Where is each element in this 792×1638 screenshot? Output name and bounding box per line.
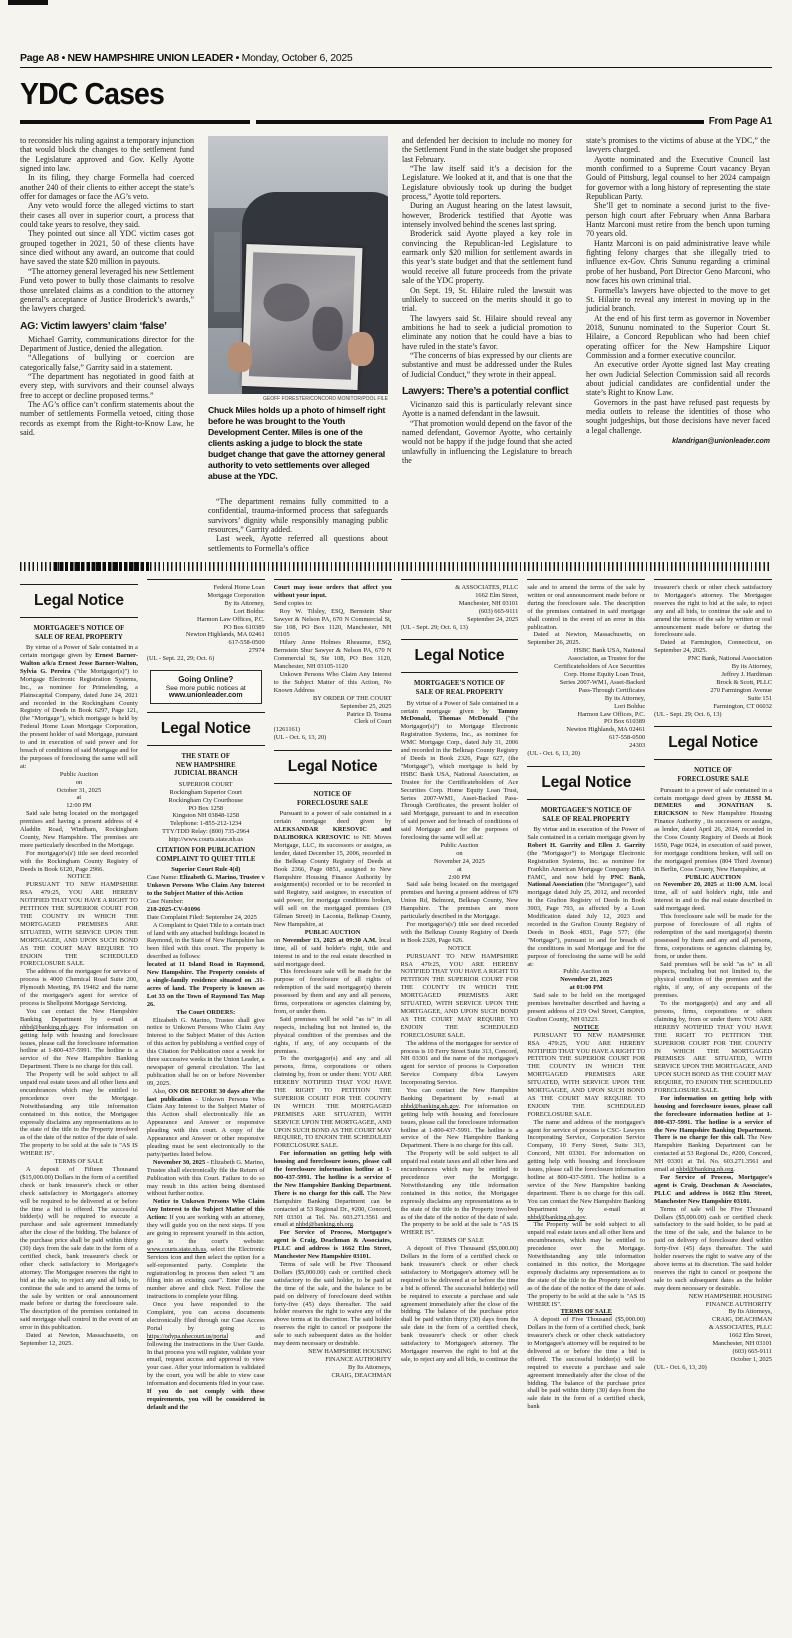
right-aligned-line: Association, as Trustee for the [527,655,645,663]
paragraph: Case Name: Elizabeth G. Marino, Trustee … [147,874,265,898]
page-title: YDC Cases [20,76,712,112]
paragraph: sale and to amend the terms of the sale … [527,584,645,631]
paragraph: located at 11 Island Road in Raymond, Ne… [147,961,265,1008]
right-aligned-line: Newton Highlands, MA 02461 [527,726,645,734]
paragraph: Court may issue orders that affect you w… [274,584,392,600]
paragraph: For information on getting help with hou… [654,1095,772,1174]
right-aligned-line: (603) 665-9111 [654,1348,772,1356]
centered-line: TERMS OF SALE [401,1237,519,1245]
legal-notice-title: CITATION FOR PUBLICATIONCOMPLAINT TO QUI… [147,847,265,864]
right-aligned-line: Series 2007-WM1, Asset-Backed [527,679,645,687]
paragraph: November 30, 2025 - Elizabeth G. Marino,… [147,1159,265,1199]
right-aligned-line: 617-558-0500 [147,639,265,647]
centered-line: Rockingham Superior Court [147,789,265,797]
rule-segment [256,120,704,124]
right-aligned-line: HSBC Bank USA, National [527,647,645,655]
paragraph: You can contact the New Hampshire Bankin… [20,1008,138,1071]
link[interactable]: nhbd@banking.nh.org [296,1221,353,1228]
article-subhead: AG: Victim lawyers’ claim ‘false’ [20,320,194,332]
legal-notice-header: Legal Notice [654,726,772,760]
paragraph: At the end of his first term as governor… [586,314,770,361]
right-aligned-line: 1662 Elm Street, [401,592,519,600]
article-photo [208,136,388,394]
legal-notice-column: treasurer's check or other check satisfa… [654,576,772,1632]
right-aligned-line: PNC Bank, National Association [654,655,772,663]
legal-notice-column: Federal Home LoanMortgage CorporationBy … [147,576,265,1632]
paragraph: Michael Garrity, communications director… [20,335,194,354]
legal-notice-title: MORTGAGEE'S NOTICE OFSALE OF REAL PROPER… [527,807,645,824]
right-aligned-line: Jeffrey J. Hardiman [654,671,772,679]
centered-line: NOTICE [527,1024,645,1032]
paragraph: and defended her decision to include no … [402,136,572,164]
paragraph: Date Complaint Filed: September 24, 2025 [147,914,265,922]
paragraph: The name and address of the mortgagee's … [527,1119,645,1222]
rule-segment [20,120,250,124]
right-aligned-line: FINANCE AUTHORITY [274,1356,392,1364]
paragraph: To the mortgagor(s) and any and all pers… [654,1000,772,1095]
centered-line: Superior Court Rule 4(d) [147,866,265,874]
left-aligned-line: (UL - Sept. 29; Oct. 6, 13) [654,711,772,719]
right-aligned-line: & ASSOCIATES, PLLC [401,584,519,592]
paragraph: on November 13, 2025 at 09:30 A.M. local… [274,937,392,969]
centered-line: 12:00 PM [20,802,138,810]
photo-man-face [296,146,356,220]
paragraph: By virtue and in execution of the Power … [527,826,645,968]
promo-text: See more public notices at [153,685,259,692]
paragraph: Dated at Farmington, Connecticut, on Sep… [654,639,772,655]
right-aligned-line: September 25, 2025 [274,703,392,711]
paragraph: An executive order Ayotte signed last Ma… [586,360,770,397]
paragraph: “The attorney general leveraged his new … [20,267,194,314]
legal-notice-column: & ASSOCIATES, PLLC1662 Elm Street,Manche… [401,576,519,1632]
right-aligned-line: Federal Home Loan [147,584,265,592]
promo-link[interactable]: www.unionleader.com [153,692,259,699]
held-photograph [242,244,363,390]
paragraph: She’ll get to nominate a second jurist t… [586,201,770,238]
right-aligned-line: September 24, 2025 [401,616,519,624]
centered-line: PUBLIC AUCTION [654,874,772,882]
paragraph: This foreclosure sale will be made for t… [274,968,392,1015]
right-aligned-line: By Its Attorneys, [274,1364,392,1372]
right-aligned-line: (603) 665-9111 [401,608,519,616]
centered-line: November 24, 2025 [401,858,519,866]
right-aligned-line: Suite 151 [654,695,772,703]
right-aligned-line: Farmington, CT 06032 [654,703,772,711]
legal-notice-header: Legal Notice [527,766,645,800]
article-column: and defended her decision to include no … [402,136,572,555]
right-aligned-line: 270 Farmington Avenue [654,687,772,695]
paragraph: This foreclosure sale will be made for t… [654,913,772,960]
right-aligned-line: 617-558-0500 [527,734,645,742]
paragraph: They pointed out since all YDC victim ca… [20,229,194,266]
section-divider [20,562,772,571]
legal-notice-header: Legal Notice [401,639,519,673]
paragraph: to reconsider his ruling against a tempo… [20,136,194,173]
centered-line: SUPERIOR COURT [147,781,265,789]
byline-email[interactable]: klandrigan@unionleader.com [586,438,770,445]
paragraph: “The department has negotiated in good f… [20,372,194,400]
right-aligned-line: FINANCE AUTHORITY [654,1301,772,1309]
headline-rule: From Page A1 [20,116,772,127]
paragraph: The address of the mortgagee for service… [20,968,138,1008]
paragraph: Dated at Newton, Massachusetts, on Septe… [527,631,645,647]
link[interactable]: www.courts.state.nh.us [147,1246,206,1253]
article-column: state’s promises to the victims of abuse… [586,136,770,555]
paragraph: Pursuant to a power of sale contained in… [654,787,772,874]
right-aligned-line: BY ORDER OF THE COURT [274,695,392,703]
paragraph: Also, ON OR BEFORE 30 days after the las… [147,1088,265,1159]
paragraph: For mortgagor's(s') title see deed recor… [401,921,519,945]
newspaper-page: Page A8 • NEW HAMPSHIRE UNION LEADER • M… [20,0,772,555]
paragraph: Any veto would force the alleged victims… [20,201,194,229]
right-aligned-line: CRAIG, DEACHMAN [274,1372,392,1380]
paragraph: Elizabeth G. Marino, Trustee shall give … [147,1017,265,1088]
article-column: GEOFF FORESTER/CONCORD MONITOR/POOL FILE… [208,136,388,555]
left-aligned-line: (UL - Oct. 6, 13, 20) [654,1364,772,1372]
photo-detail [263,283,310,323]
paragraph: Ayotte nominated and the Executive Counc… [586,155,770,202]
legal-notice-title: MORTGAGEE'S NOTICE OFSALE OF REAL PROPER… [401,680,519,697]
article-subhead: Lawyers: There’s a potential conflict [402,385,572,397]
held-photograph-image [249,252,355,379]
paragraph: If you do not comply with these requirem… [147,1388,265,1412]
link[interactable]: TERMS OF SALE [561,1308,612,1315]
paragraph: For information on getting help with hou… [274,1150,392,1229]
paragraph: “The concerns of bias expressed by our c… [402,351,572,379]
paragraph: Unkown Persons Who Claim Any Interest to… [274,671,392,695]
centered-line: Public Auction [20,771,138,779]
paragraph: Said premises will be sold "as is" in al… [654,961,772,1001]
paragraph: Pursuant to a power of sale contained in… [274,810,392,929]
right-aligned-line: & ASSOCIATES, PLLC [654,1324,772,1332]
paragraph: In its filing, they charge Formella had … [20,173,194,201]
paragraph: The lawyers said St. Hilaire should reve… [402,314,572,351]
paragraph: Once you have responded to the Complaint… [147,1301,265,1388]
paragraph: Send copies to: [274,600,392,608]
centered-line: November 21, 2025 [527,976,645,984]
right-aligned-line: Pass-Through Certificates [527,687,645,695]
paragraph: A deposit of Five Thousand ($5,000.00) D… [527,1316,645,1411]
right-aligned-line: Lori Bolduc [147,608,265,616]
masthead-date: Monday, October 6, 2025 [242,52,353,64]
link[interactable]: nhbd@banking.nh.gov [401,1103,459,1110]
paragraph: The Property will be sold subject to all… [527,1221,645,1308]
legal-notice-title: NOTICE OFFORECLOSURE SALE [654,767,772,784]
column-top-rule [274,579,392,580]
right-aligned-line: NEW HAMPSHIRE HOUSING [274,1348,392,1356]
legal-notice-title: NOTICE OFFORECLOSURE SALE [274,791,392,808]
paragraph: On Sept. 19, St. Hilaire ruled the lawsu… [402,286,572,314]
right-aligned-line: Certificateholders of Ace Securities [527,663,645,671]
paragraph: Said sale to be held on the mortgaged pr… [527,992,645,1024]
paragraph: Said sale being located on the mortgaged… [401,881,519,921]
legal-notice-title: MORTGAGEE'S NOTICE OFSALE OF REAL PROPER… [20,625,138,642]
legal-notice-header: Legal Notice [147,712,265,746]
legal-notice-header: Legal Notice [274,750,392,784]
legal-notice-column: Court may issue orders that affect you w… [274,576,392,1632]
centered-line: Public Auction [401,842,519,850]
right-aligned-line: Clerk of Court [274,718,392,726]
paragraph: state’s promises to the victims of abuse… [586,136,770,155]
paragraph: PURSUANT TO NEW HAMPSHIRE RSA 479:25, YO… [401,953,519,1040]
legal-notice-column: Legal NoticeMORTGAGEE'S NOTICE OFSALE OF… [20,576,138,1632]
paragraph: Formella’s lawyers have objected to the … [586,286,770,314]
right-aligned-line: PO Box 610389 [147,624,265,632]
paragraph: The AG’s office can’t confirm statements… [20,400,194,437]
column-top-rule [147,579,265,580]
photo-hand [348,332,374,366]
paragraph: To the mortgagor(s) and any and all pers… [274,1055,392,1150]
paragraph: treasurer's check or other check satisfa… [654,584,772,639]
link[interactable]: nhbd@banking.nh.gov [20,1024,78,1031]
continuation-label: From Page A1 [709,116,772,127]
right-aligned-line: Manchester, NH 03101 [654,1340,772,1348]
right-aligned-line: Brock & Scott, PLLC [654,679,772,687]
centered-line: on [401,850,519,858]
centered-line: at 01:00 PM [527,984,645,992]
left-aligned-line: (UL - Oct. 6, 13, 20) [274,734,392,742]
centered-line: Kingston NH 03848-1258 [147,812,265,820]
centered-line: NOTICE [20,873,138,881]
centered-line: October 31, 2025 [20,787,138,795]
article-body: to reconsider his ruling against a tempo… [20,136,772,555]
paragraph: By virtue of a Power of Sale contained i… [20,644,138,771]
left-aligned-line: (UL - Oct. 6, 13, 20) [527,750,645,758]
paragraph: Terms of sale will be Five Thousand Doll… [274,1261,392,1348]
paragraph: Hantz Marconi is on paid administrative … [586,239,770,286]
right-aligned-line: Harmon Law Offices, P.C. [147,616,265,624]
centered-line: TTY/TDD Relay: (800) 735-2964 [147,828,265,836]
right-aligned-line: Patrice D. Touma [274,711,392,719]
right-aligned-line: By its Attorney, [527,695,645,703]
paragraph: For Service of Process, Mortgagee's agen… [654,1174,772,1206]
right-aligned-line: Newton Highlands, MA 02461 [147,631,265,639]
centered-line: PO Box 1258 [147,805,265,813]
centered-line: PUBLIC AUCTION [274,929,392,937]
centered-line: Public Auction on [527,968,645,976]
masthead: Page A8 • NEW HAMPSHIRE UNION LEADER • M… [20,0,772,68]
paragraph: For mortgagor's(s') title see deed recor… [20,850,138,874]
centered-line: Telephone: 1-855-212-1234 [147,820,265,828]
paragraph: “That promotion would depend on the favo… [402,419,572,466]
paragraph: Dated at Newton, Massachusetts, on Septe… [20,1332,138,1348]
paragraph: A Complaint to Quiet Title to a certain … [147,922,265,962]
paragraph: PURSUANT TO NEW HAMPSHIRE RSA 479:25, YO… [20,881,138,968]
paragraph: Governors in the past have refused past … [586,398,770,435]
photo-buildings [214,232,240,312]
right-aligned-line: By its Attorney, [147,600,265,608]
paragraph: The Property will be sold subject to all… [20,1071,138,1158]
paragraph: “Allegations of bullying or coercion are… [20,353,194,372]
paragraph: Broderick said Ayotte played a key role … [402,229,572,285]
left-aligned-line: (1261161) [274,726,392,734]
article-column: to reconsider his ruling against a tempo… [20,136,194,555]
centered-line: NOTICE [401,945,519,953]
photo-credit: GEOFF FORESTER/CONCORD MONITOR/POOL FILE [208,396,388,402]
paragraph: Hilary Anne Holmes Rheaume, ESQ, Bernste… [274,639,392,671]
link[interactable]: nhbd@banking.nh.org [676,1166,733,1173]
right-aligned-line: By Its Attorneys, [654,1308,772,1316]
link[interactable]: nhbd@banking.nh.gov [527,1214,585,1221]
promo-title: Going Online? [153,675,259,684]
right-aligned-line: October 1, 2025 [654,1356,772,1364]
paragraph: 218-2025-CV-01096 [147,906,265,914]
link[interactable]: NOTICE [574,1024,599,1031]
column-top-rule [654,579,772,580]
paragraph: Case Number: [147,898,265,906]
paragraph: PURSUANT TO NEW HAMPSHIRE RSA 479:25, YO… [527,1032,645,1119]
paragraph: Terms of sale will be Five Thousand Doll… [654,1206,772,1293]
right-aligned-line: Harmon Law Offices, P.C. [527,711,645,719]
centered-line: The Court ORDERS: [147,1009,265,1017]
paragraph: Notice to Unkown Persons Who Claim Any I… [147,1198,265,1301]
paragraph: You can contact the New Hampshire Bankin… [401,1087,519,1150]
centered-line: TERMS OF SALE [527,1308,645,1316]
left-aligned-line: (UL - Sept. 22, 29; Oct. 6) [147,655,265,663]
paragraph: Said sale being located on the mortgaged… [20,810,138,850]
photo-hand [228,342,252,372]
right-aligned-line: PO Box 610389 [527,718,645,726]
centered-line: Rockingham Cty Courthouse [147,797,265,805]
centered-line: 2:00 PM [401,874,519,882]
paragraph: The Property will be sold subject to all… [401,1150,519,1237]
paragraph: A deposit of Five Thousand ($5,000.00) D… [401,1245,519,1364]
legal-notice-column: sale and to amend the terms of the sale … [527,576,645,1632]
legal-notices-section: Legal NoticeMORTGAGEE'S NOTICE OFSALE OF… [20,576,772,1632]
legal-notice-header: Legal Notice [20,584,138,618]
paragraph: By virtue of a Power of Sale contained i… [401,700,519,842]
centered-line: http://www.courts.state.nh.us [147,836,265,844]
public-notices-promo-box: Going Online?See more public notices atw… [150,670,262,704]
paragraph: For Service of Process, Mortgagee's agen… [274,1229,392,1261]
paragraph: Said premises will be sold "as is" in al… [274,1016,392,1056]
link[interactable]: https://odypa.nhecourt.us/portal [147,1333,228,1340]
paragraph: “The law itself said it’s a decision for… [402,164,572,201]
left-aligned-line: (UL - Sept. 29; Oct. 6, 13) [401,624,519,632]
column-top-rule [401,579,519,580]
paragraph: on November 20, 2025 at 11:00 A.M. local… [654,881,772,913]
paragraph: “The department remains fully committed … [208,497,388,534]
legal-notice-title: THE STATE OFNEW HAMPSHIREJUDICIAL BRANCH [147,753,265,779]
masthead-title: Page A8 • NEW HAMPSHIRE UNION LEADER • [20,52,239,64]
column-top-rule [527,579,645,580]
paragraph: The address of the mortgagee for service… [401,1040,519,1087]
photo-detail [312,306,344,351]
right-aligned-line: Manchester, NH 03101 [401,600,519,608]
right-aligned-line: 27974 [147,647,265,655]
right-aligned-line: Corp. Home Equity Loan Trust, [527,671,645,679]
paragraph: Roy W. Tilsley, ESQ, Bernstein Shur Sawy… [274,608,392,640]
photo-caption: Chuck Miles holds up a photo of himself … [208,405,388,482]
paragraph: A deposit of Fifteen Thousand ($15,000.0… [20,1166,138,1332]
right-aligned-line: NEW HAMPSHIRE HOUSING [654,1293,772,1301]
right-aligned-line: 24303 [527,742,645,750]
centered-line: at [401,866,519,874]
right-aligned-line: CRAIG, DEACHMAN [654,1316,772,1324]
centered-line: at [20,794,138,802]
right-aligned-line: 1662 Elm Street, [654,1332,772,1340]
paragraph: During an August hearing on the latest l… [402,201,572,229]
centered-line: TERMS OF SALE [20,1158,138,1166]
paragraph: Last week, Ayotte referred all questions… [208,534,388,553]
right-aligned-line: By its Attorney, [654,663,772,671]
paragraph: Vicinanzo said this is particularly rele… [402,400,572,419]
centered-line: on [20,779,138,787]
right-aligned-line: Lori Bolduc [527,703,645,711]
right-aligned-line: Mortgage Corporation [147,592,265,600]
